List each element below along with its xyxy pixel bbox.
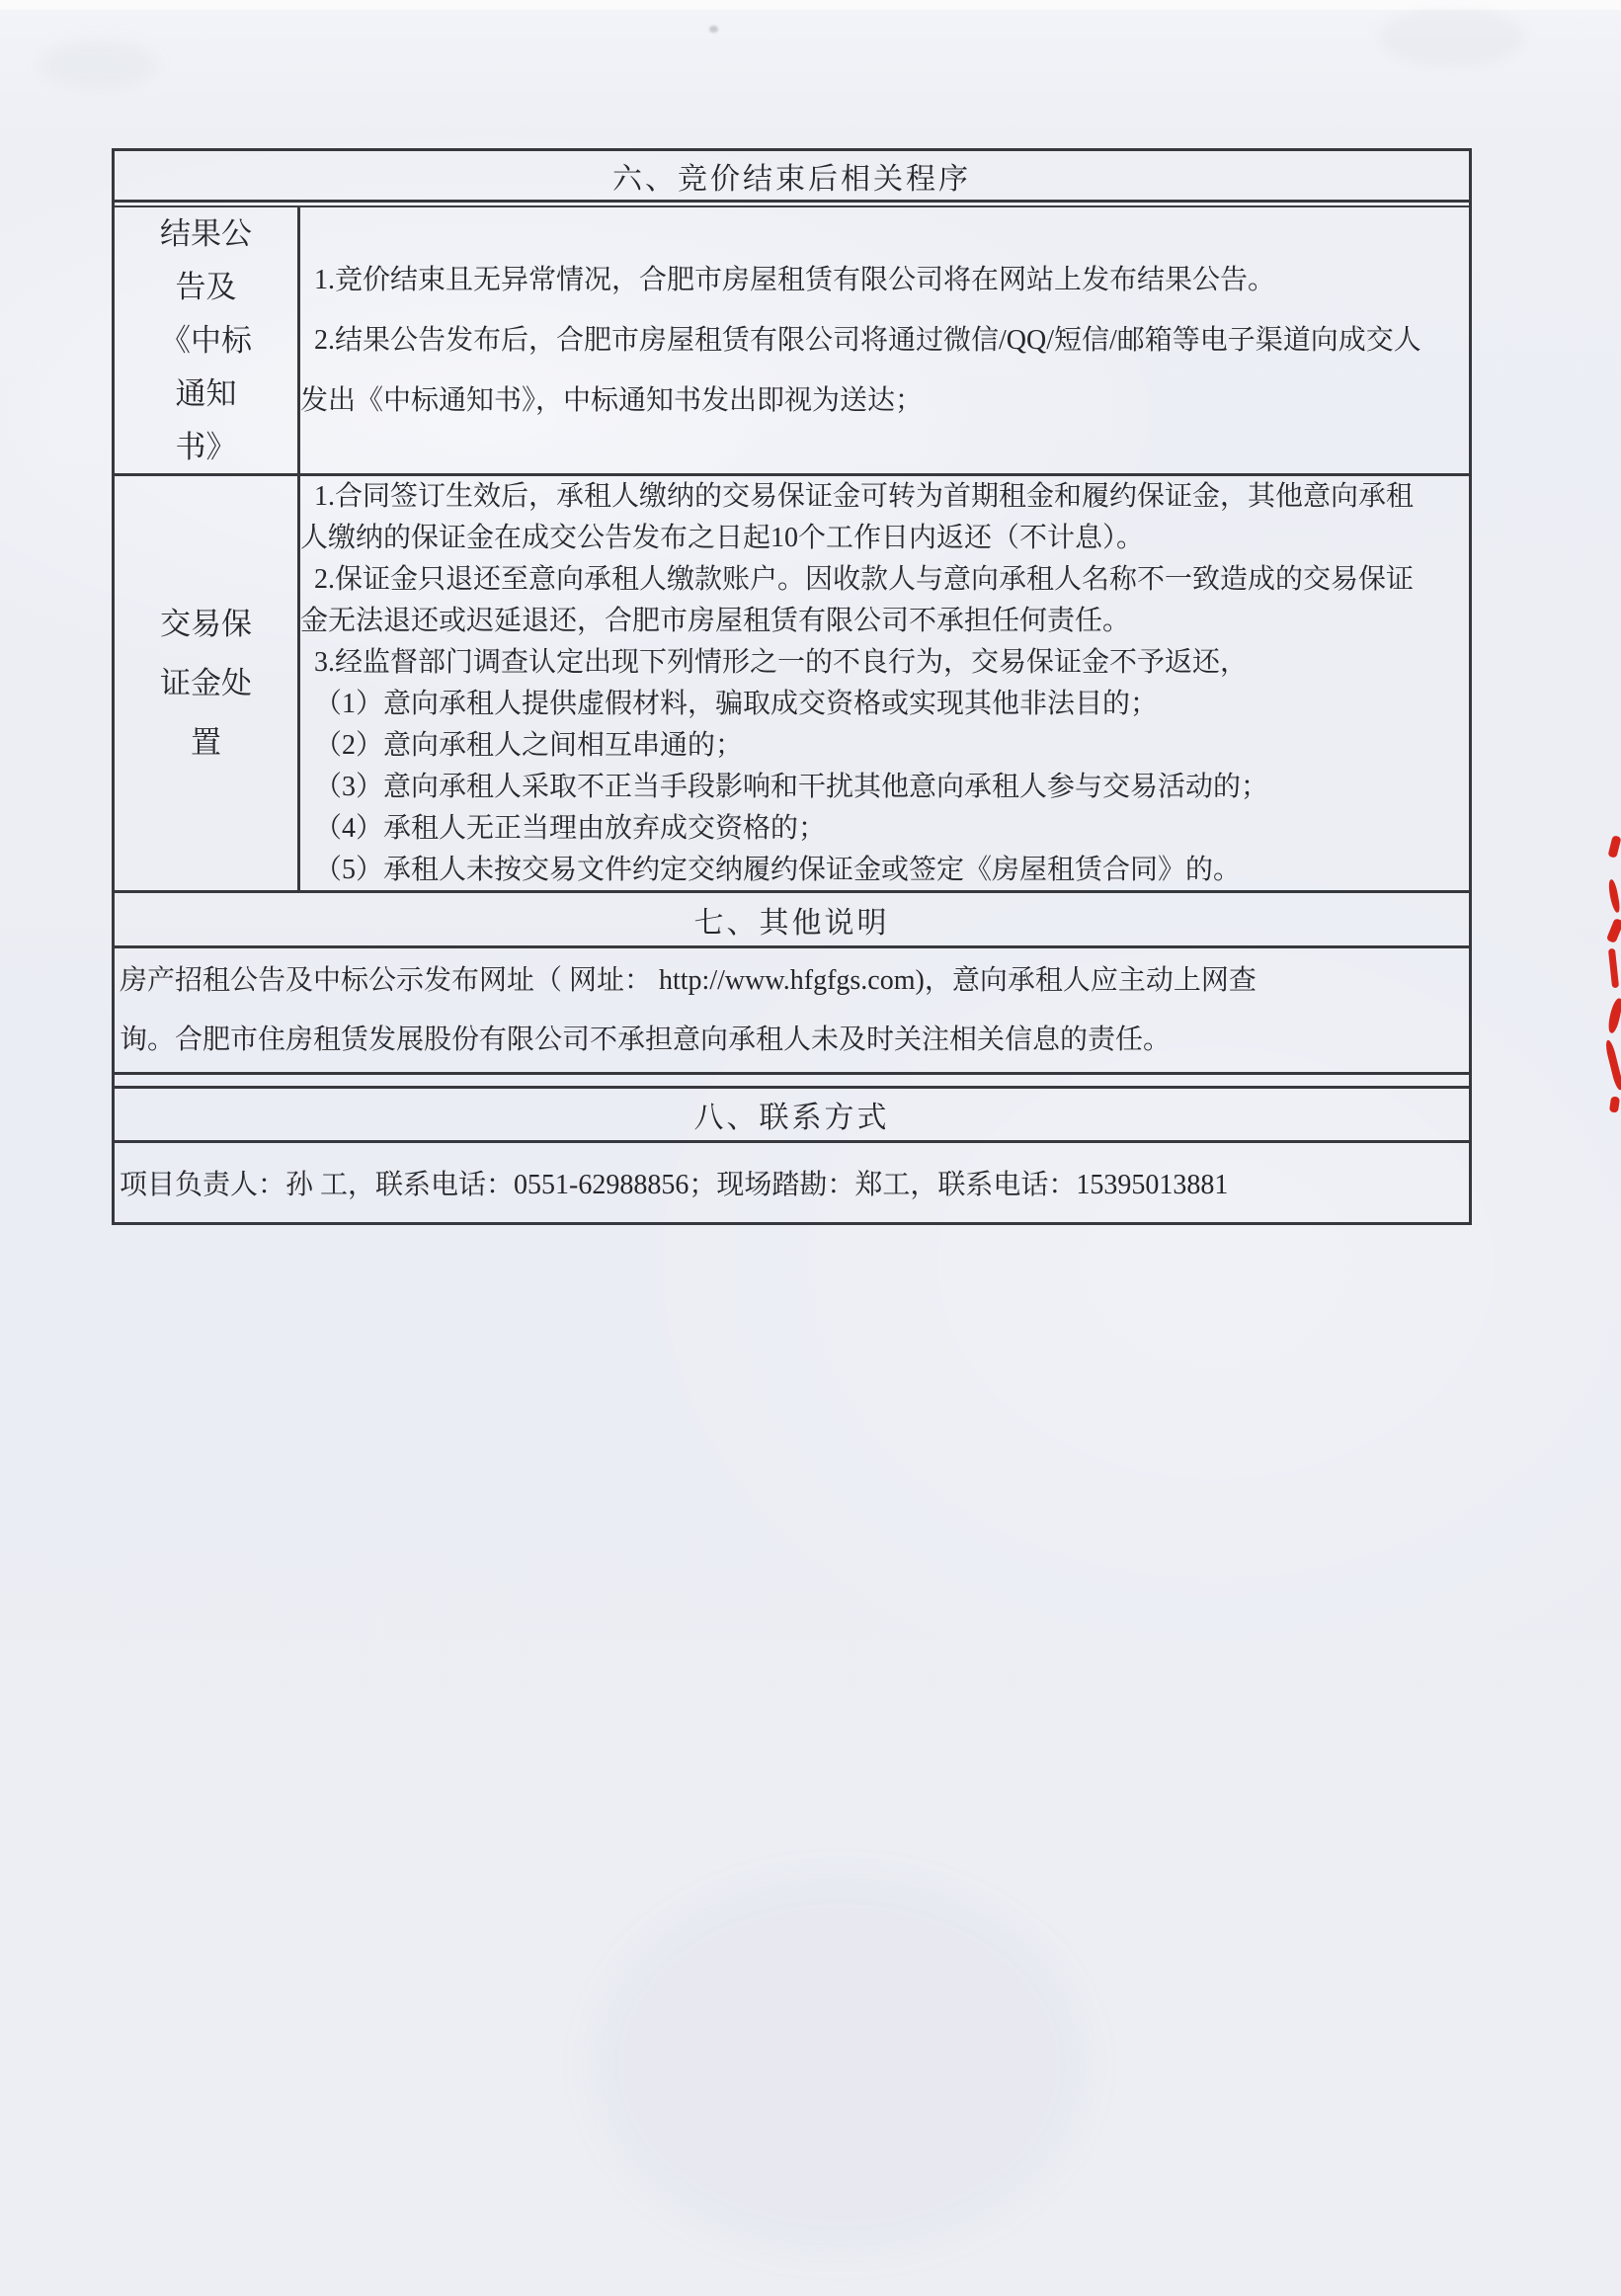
- text-line: 询。合肥市住房租赁发展股份有限公司不承担意向承租人未及时关注相关信息的责任。: [120, 1011, 1469, 1070]
- text-line: 房产招租公告及中标公示发布网址（ 网址： http://www.hfgfgs.c…: [120, 951, 1469, 1011]
- contact-row: 项目负责人：孙 工，联系电话：0551-62988856；现场踏勘：郑工，联系电…: [115, 1143, 1469, 1222]
- result-announcement-label: 结果公 告及 《中标 通知 书》: [115, 207, 300, 473]
- section-6-title: 六、竞价结束后相关程序: [612, 154, 971, 198]
- label-line: 交易保: [160, 595, 252, 654]
- table-section-gap: [115, 1075, 1469, 1086]
- section-8-title: 八、联系方式: [694, 1093, 890, 1136]
- text-line: 1.竞价结束且无异常情况，合肥市房屋租赁有限公司将在网站上发布结果公告。: [300, 250, 1455, 310]
- section-7-header: 七、其他说明: [115, 893, 1469, 948]
- text-line: （1）意向承租人提供虚假材料，骗取成交资格或实现其他非法目的；: [300, 684, 1455, 725]
- section-6-header: 六、竞价结束后相关程序: [115, 151, 1469, 203]
- deposit-disposal-row: 交易保 证金处 置 1.合同签订生效后，承租人缴纳的交易保证金可转为首期租金和履…: [115, 476, 1469, 893]
- label-line: 书》: [176, 421, 237, 474]
- section-7-title: 七、其他说明: [694, 898, 890, 942]
- section-8-header: 八、联系方式: [115, 1086, 1469, 1143]
- deposit-disposal-content: 1.合同签订生效后，承租人缴纳的交易保证金可转为首期租金和履约保证金，其他意向承…: [300, 476, 1469, 890]
- text-line: （2）意向承租人之间相互串通的；: [300, 725, 1455, 767]
- deposit-disposal-label: 交易保 证金处 置: [115, 476, 300, 890]
- text-line: 1.合同签订生效后，承租人缴纳的交易保证金可转为首期租金和履约保证金，其他意向承…: [300, 476, 1455, 518]
- contact-line: 项目负责人：孙 工，联系电话：0551-62988856；现场踏勘：郑工，联系电…: [120, 1163, 1228, 1202]
- document-table: 六、竞价结束后相关程序 结果公 告及 《中标 通知 书》 1.竞价结束且无异常情…: [112, 148, 1472, 1225]
- result-announcement-content: 1.竞价结束且无异常情况，合肥市房屋租赁有限公司将在网站上发布结果公告。 2.结…: [300, 207, 1469, 473]
- text-line: 人缴纳的保证金在成交公告发布之日起10个工作日内返还（不计息）。: [300, 518, 1455, 559]
- red-ink-marks: [1606, 828, 1621, 1114]
- text-line: 金无法退还或迟延退还，合肥市房屋租赁有限公司不承担任何责任。: [300, 601, 1455, 642]
- label-line: 告及: [176, 261, 237, 314]
- text-line: （5）承租人未按交易文件约定交纳履约保证金或签定《房屋租赁合同》的。: [300, 850, 1455, 891]
- label-line: 置: [191, 713, 221, 773]
- text-line: （3）意向承租人采取不正当手段影响和干扰其他意向承租人参与交易活动的；: [300, 767, 1455, 808]
- label-line: 结果公: [160, 207, 252, 261]
- scan-smudge: [593, 1877, 1087, 2253]
- scanned-document-page: { "page": { "background_color": "#edeff5…: [0, 0, 1621, 2296]
- scan-smudge: [40, 40, 158, 89]
- other-notes-row: 房产招租公告及中标公示发布网址（ 网址： http://www.hfgfgs.c…: [115, 948, 1469, 1075]
- text-line: 2.保证金只退还至意向承租人缴款账户。因收款人与意向承租人名称不一致造成的交易保…: [300, 559, 1455, 601]
- text-line: 2.结果公告发布后，合肥市房屋租赁有限公司将通过微信/QQ/短信/邮箱等电子渠道…: [300, 310, 1455, 370]
- label-line: 证金处: [160, 654, 252, 713]
- scan-smudge: [1378, 8, 1526, 67]
- text-line: 3.经监督部门调查认定出现下列情形之一的不良行为，交易保证金不予返还，: [300, 642, 1455, 684]
- text-line: （4）承租人无正当理由放弃成交资格的；: [300, 808, 1455, 850]
- label-line: 《中标: [160, 314, 252, 368]
- label-line: 通知: [176, 368, 237, 421]
- scan-smudge: [709, 26, 718, 33]
- text-line: 发出《中标通知书》，中标通知书发出即视为送达；: [300, 370, 1455, 431]
- scan-top-edge: [0, 0, 1621, 10]
- result-announcement-row: 结果公 告及 《中标 通知 书》 1.竞价结束且无异常情况，合肥市房屋租赁有限公…: [115, 205, 1469, 476]
